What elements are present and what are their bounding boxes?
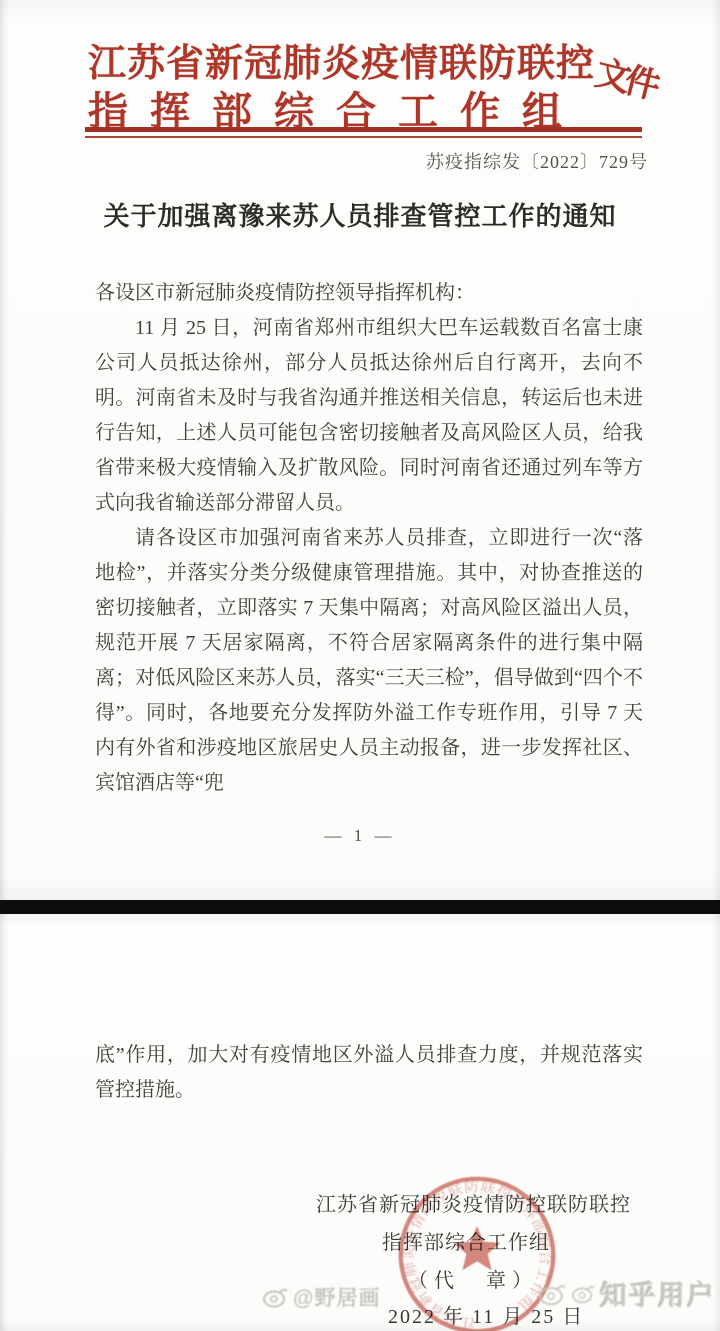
document-body: 各设区市新冠肺炎疫情防控领导指挥机构： 11 月 25 日，河南省郑州市组织大巴…: [95, 276, 643, 801]
page-number: — 1 —: [0, 826, 720, 846]
document-number: 苏疫指综发〔2022〕729号: [0, 148, 648, 174]
watermark-right-text: 知乎用户: [600, 1274, 716, 1313]
weibo-eye-icon: [571, 1283, 595, 1304]
document-title: 关于加强离豫来苏人员排查管控工作的通知: [0, 196, 720, 233]
letterhead-rule-thin: [85, 136, 642, 138]
body-paragraph-2: 请各设区市加强河南省来苏人员排查，立即进行一次“落地检”，并落实分类分级健康管理…: [95, 521, 643, 801]
letterhead-doc-type: 文件: [591, 45, 661, 108]
weibo-eye-icon: [538, 1282, 566, 1306]
document-page-2: 底”作用，加大对有疫情地区外溢人员排查力度，并规范落实管控措施。 江苏省新冠肺炎…: [0, 914, 720, 1331]
weibo-eye-icon: [262, 1286, 288, 1308]
photo-gap-divider: [0, 900, 720, 914]
watermark-left-text: @野居画: [293, 1282, 380, 1312]
watermark-right: 知乎用户: [538, 1274, 716, 1313]
document-page-1: 江苏省新冠肺炎疫情联防联控 指挥部综合工作组 文件 苏疫指综发〔2022〕729…: [0, 0, 720, 900]
salutation-line: 各设区市新冠肺炎疫情防控领导指挥机构：: [95, 276, 643, 311]
letterhead-org-line1: 江苏省新冠肺炎疫情联防联控: [88, 32, 592, 87]
letterhead-rule-thick: [85, 127, 642, 132]
body-paragraph-1: 11 月 25 日，河南省郑州市组织大巴车运载数百名富士康公司人员抵达徐州，部分…: [95, 311, 643, 521]
seal-star-icon: [454, 1226, 501, 1270]
watermark-left: @野居画: [262, 1282, 380, 1312]
body-paragraph-continued: 底”作用，加大对有疫情地区外溢人员排查力度，并规范落实管控措施。: [95, 1038, 643, 1108]
document-body-continued: 底”作用，加大对有疫情地区外溢人员排查力度，并规范落实管控措施。: [95, 1038, 643, 1108]
document-photo: 江苏省新冠肺炎疫情联防联控 指挥部综合工作组 文件 苏疫指综发〔2022〕729…: [0, 0, 720, 1331]
